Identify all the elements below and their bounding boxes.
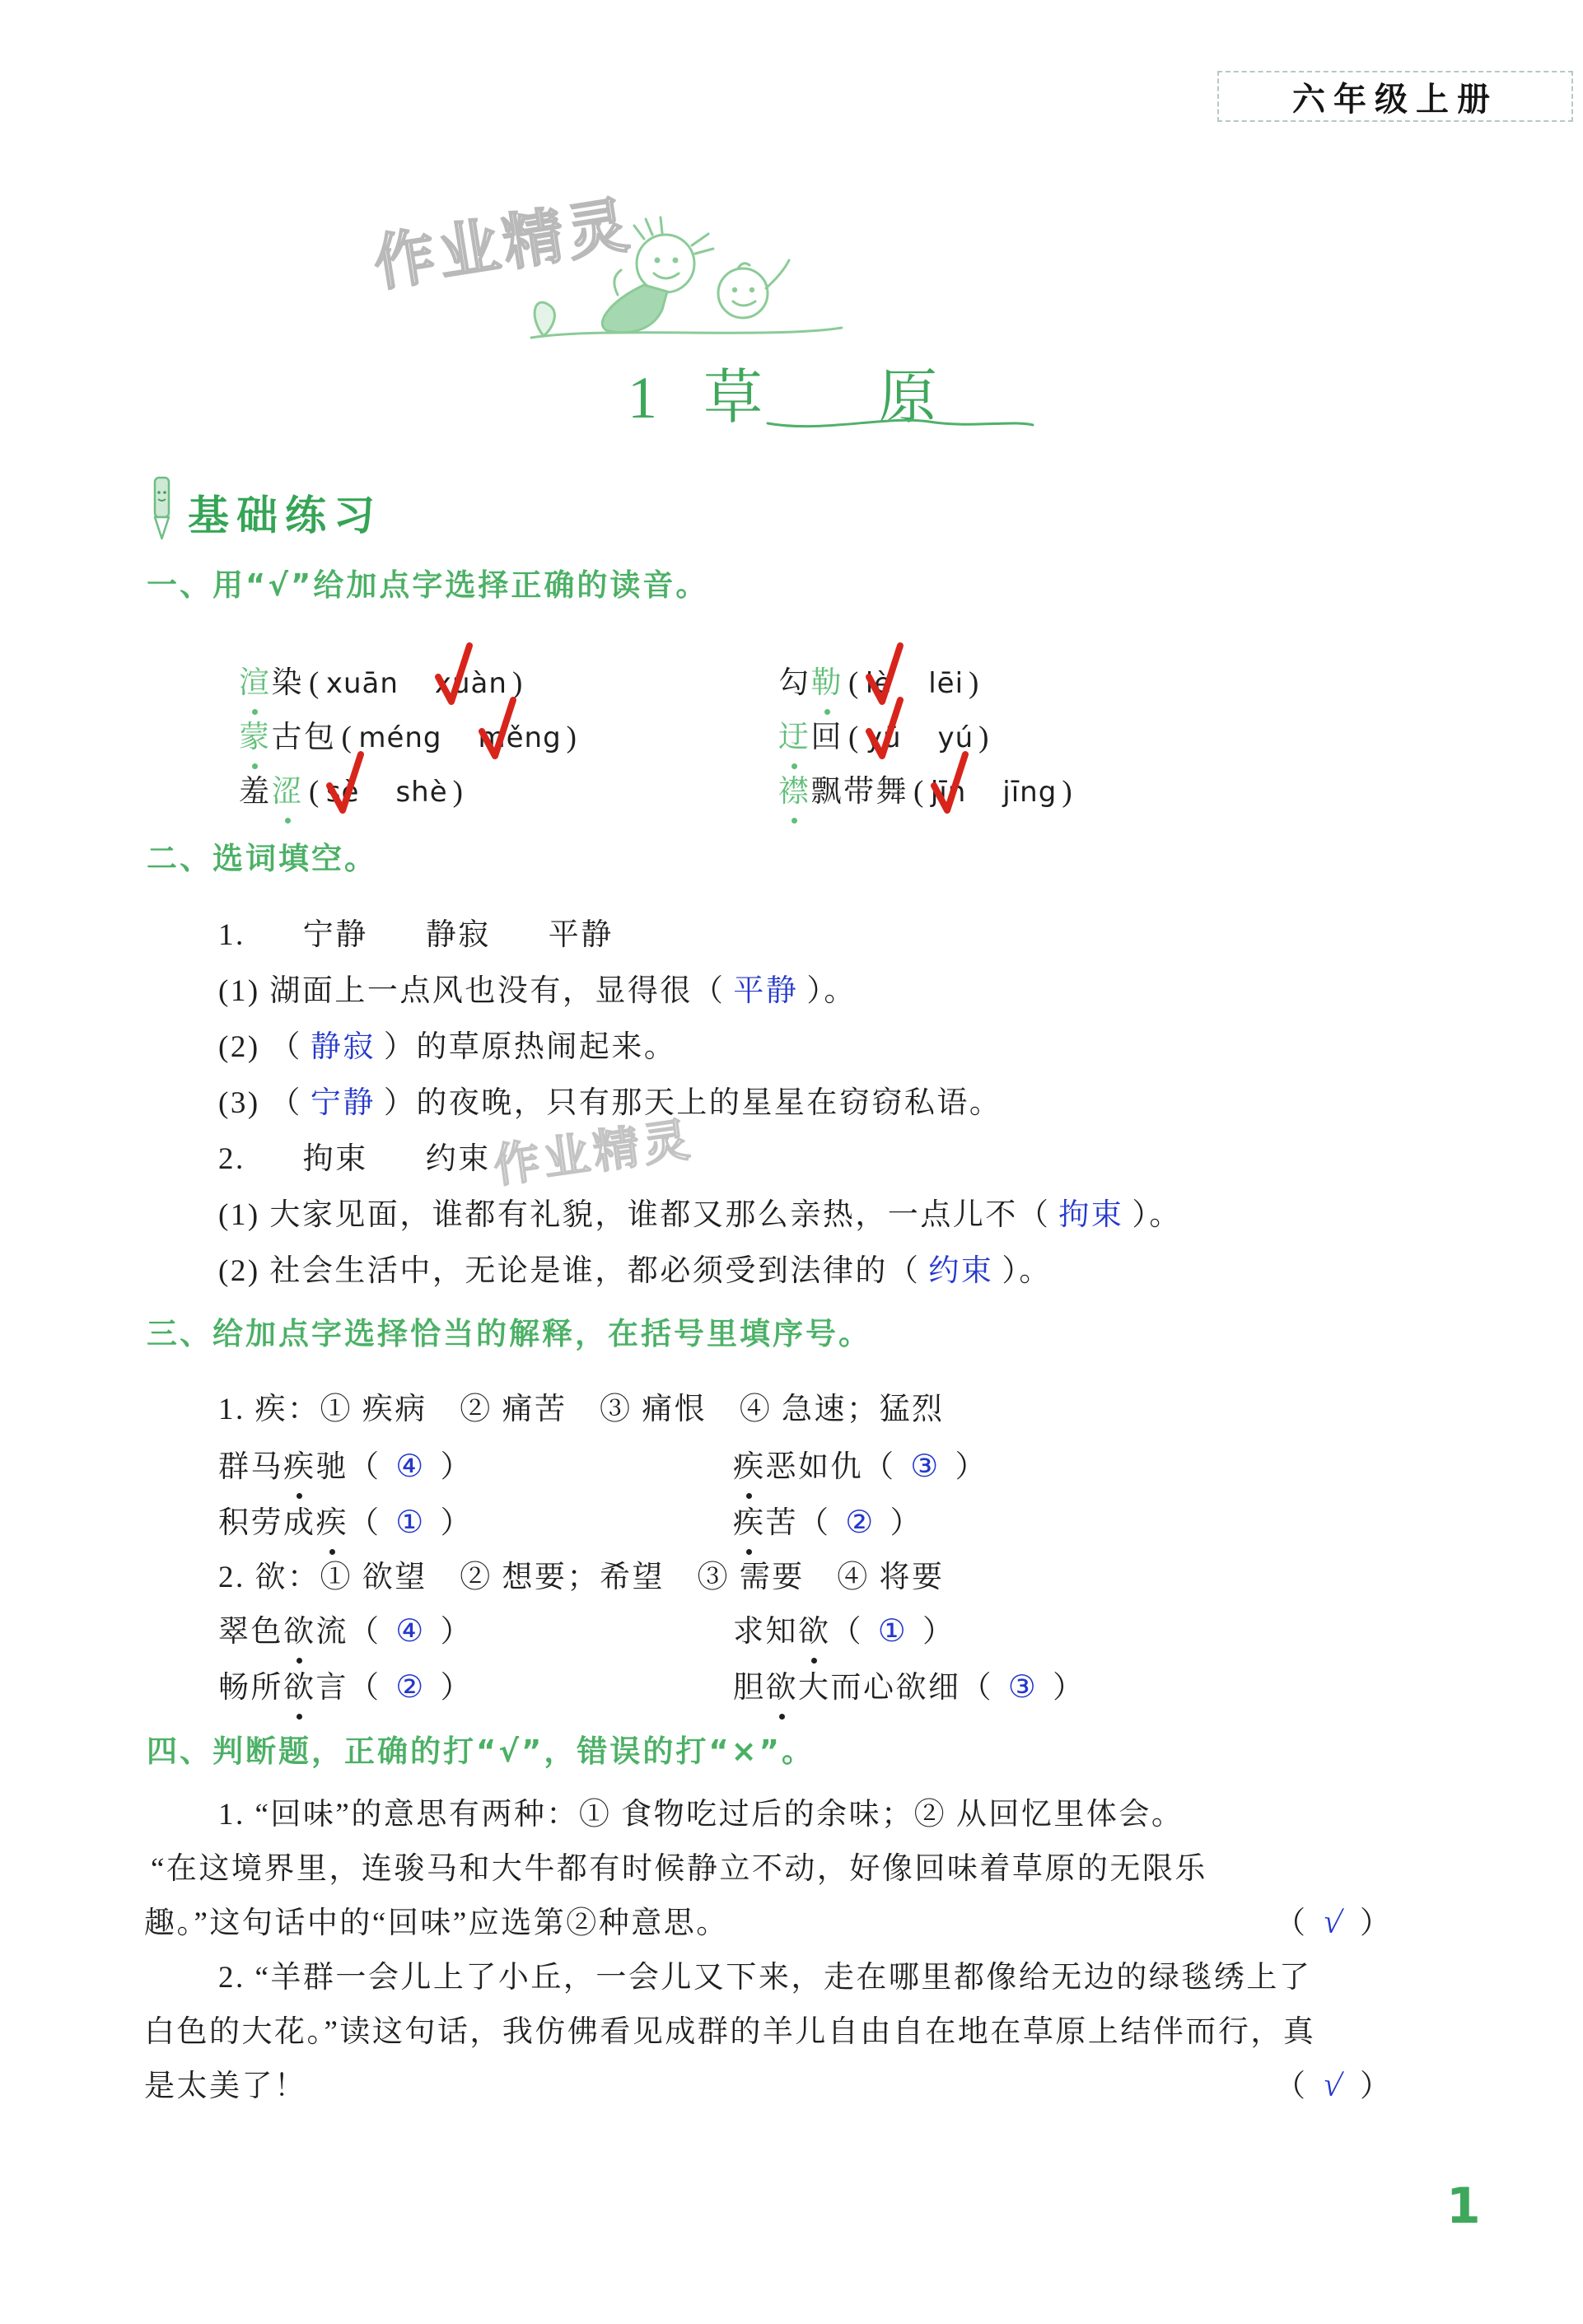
dotted-char: 疾 <box>283 1441 316 1486</box>
pinyin-option-1: méng <box>358 721 441 754</box>
dotted-char: 疾 <box>733 1497 766 1542</box>
grade-badge: 六年级上册 <box>1217 71 1573 122</box>
pinyin-option-1: xuān <box>326 667 399 700</box>
pinyin-option-2: xuàn <box>435 667 507 700</box>
word-pre: 羞 <box>239 775 272 809</box>
exercise1-heading: 一、用“√”给加点字选择正确的读音。 <box>147 560 708 604</box>
dotted-char: 勒 <box>811 657 844 702</box>
dotted-char: 涩 <box>272 766 305 810</box>
word-pre: 勾 <box>778 666 811 700</box>
dotted-char: 欲 <box>283 1606 316 1650</box>
dotted-char: 欲 <box>798 1606 831 1650</box>
exercise4-heading: 四、判断题，正确的打“√”，错误的打“×”。 <box>147 1726 815 1771</box>
dotted-char: 疾 <box>733 1441 766 1486</box>
fill-blank-item: (2) 社会生活中，无论是谁，都必须受到法律的（约束）。 <box>218 1245 1052 1290</box>
paren-close: ) <box>567 721 579 754</box>
fill-blank-item: (1) 湖面上一点风也没有，显得很（平静）。 <box>218 965 857 1010</box>
lesson-number: 1 <box>628 365 657 431</box>
phrase-item: 疾恶如仇（ ③ ） <box>733 1441 988 1486</box>
lesson-title-char1: 草 <box>703 365 763 431</box>
answer-number: ③ <box>1008 1668 1039 1705</box>
paren-open: ( <box>848 666 861 700</box>
workbook-page: 六年级上册 作业精灵 作业精灵 1草原 <box>0 0 1583 2324</box>
page-number: 1 <box>1446 2177 1481 2235</box>
word-post: 染 <box>272 666 305 700</box>
emphasis-dot <box>779 1714 785 1720</box>
paren-close: ) <box>1062 775 1074 809</box>
pencil-icon <box>148 473 175 542</box>
paren-close: ) <box>969 666 981 700</box>
pinyin-item-yuhui: 迂回(yūyú) <box>778 712 996 756</box>
pinyin-option-1: jīn <box>931 776 966 809</box>
section-title: 基础练习 <box>188 483 382 542</box>
pinyin-option-2: yú <box>938 721 974 754</box>
paren-open: ( <box>913 775 926 809</box>
pinyin-item-xuanran: 渲染(xuānxuàn) <box>239 657 530 702</box>
phrase-item: 求知欲（ ① ） <box>733 1606 955 1650</box>
phrase-item: 疾苦（ ② ） <box>733 1497 922 1542</box>
paren-open: ( <box>848 721 861 754</box>
fill-blank-item: (1) 大家见面，谁都有礼貌，谁都又那么亲热，一点儿不（拘束）。 <box>218 1189 1182 1234</box>
pinyin-option-2: měng <box>479 721 562 754</box>
judge-line: 白色的大花。”读这句话，我仿佛看见成群的羊儿自由自在地在草原上结伴而行，真 <box>144 2006 1315 2051</box>
paren-open: ( <box>309 666 321 700</box>
dotted-char: 欲 <box>283 1662 316 1706</box>
word-post: 古包 <box>272 721 337 754</box>
judge-answer-1: （√） <box>1275 1897 1392 1942</box>
dotted-char: 欲 <box>766 1662 799 1706</box>
word-post: 回 <box>811 721 844 754</box>
answer-text: 静寂 <box>311 1030 376 1064</box>
word-option: 平静 <box>549 918 614 952</box>
grade-label: 六年级上册 <box>1292 73 1498 120</box>
answer-number: ② <box>395 1668 426 1705</box>
pinyin-option-2: jīng <box>1002 776 1057 809</box>
paren-close: ） <box>1360 1906 1392 1940</box>
paren-open: ( <box>309 775 321 809</box>
answer-number: ③ <box>910 1448 941 1484</box>
tick-mark: √ <box>1320 1901 1347 1942</box>
pinyin-option-1: yū <box>866 721 902 754</box>
pinyin-option-1: sè <box>326 776 360 809</box>
paren-open: （ <box>1275 1906 1307 1940</box>
word-post: 飘带舞 <box>811 775 909 809</box>
group-label: 2. <box>218 1142 245 1176</box>
word-options-group2: 2.拘束约束 <box>218 1133 491 1178</box>
tick-mark: √ <box>1320 2064 1347 2105</box>
pinyin-option-2: lēi <box>928 667 964 700</box>
paren-close: ) <box>453 775 465 809</box>
answer-text: 约束 <box>928 1254 993 1288</box>
answer-text: 宁静 <box>311 1086 376 1120</box>
phrase-item: 翠色欲流（ ④ ） <box>218 1606 473 1650</box>
word-option: 宁静 <box>303 918 368 952</box>
phrase-item: 积劳成疾（ ① ） <box>218 1497 473 1542</box>
pinyin-option-1: lè <box>866 667 892 700</box>
phrase-item: 畅所欲言（ ② ） <box>218 1662 473 1706</box>
phrase-item: 群马疾驰（ ④ ） <box>218 1441 473 1486</box>
judge-line: 趣。”这句话中的“回味”应选第②种意思。 <box>144 1897 729 1942</box>
answer-number: ① <box>878 1612 908 1649</box>
kids-illustration <box>519 212 848 357</box>
dotted-char: 迂 <box>778 712 811 756</box>
word-option: 静寂 <box>426 918 491 952</box>
section-header: 基础练习 <box>148 473 382 542</box>
word-option: 拘束 <box>303 1142 368 1176</box>
pinyin-item-goule: 勾勒(lèlēi) <box>778 657 986 702</box>
dotted-char: 疾 <box>316 1497 349 1542</box>
pinyin-item-xiuse: 羞涩(sèshè) <box>239 766 469 810</box>
judge-line: 是太美了！ <box>144 2060 307 2105</box>
paren-close: ) <box>978 721 991 754</box>
answer-number: ② <box>845 1504 876 1540</box>
pinyin-option-2: shè <box>395 776 447 809</box>
paren-close: ) <box>512 666 525 700</box>
definition-line-yu: 2. 欲：① 欲望 ② 想要；希望 ③ 需要 ④ 将要 <box>218 1552 945 1596</box>
fill-blank-item: (2) （静寂）的草原热闹起来。 <box>218 1021 676 1066</box>
group-label: 1. <box>218 918 245 952</box>
exercise2-heading: 二、选词填空。 <box>147 833 377 878</box>
answer-text: 平静 <box>733 974 798 1008</box>
exercise3-heading: 三、给加点字选择恰当的解释，在括号里填序号。 <box>147 1309 871 1353</box>
emphasis-dot <box>297 1714 302 1720</box>
paren-close: ） <box>1360 2070 1392 2103</box>
paren-open: （ <box>1275 2070 1307 2103</box>
answer-text: 拘束 <box>1058 1198 1123 1232</box>
answer-number: ④ <box>395 1448 426 1484</box>
judge-answer-2: （√） <box>1275 2060 1392 2105</box>
dotted-char: 渲 <box>239 657 272 702</box>
judge-line: 1. “回味”的意思有两种：① 食物吃过后的余味；② 从回忆里体会。 <box>218 1789 1184 1833</box>
judge-line: “在这境界里，连骏马和大牛都有时候静立不动，好像回味着草原的无限乐 <box>151 1843 1207 1888</box>
judge-line: 2. “羊群一会儿上了小丘，一会儿又下来，走在哪里都像给无边的绿毯绣上了 <box>218 1952 1311 1996</box>
phrase-item: 胆欲大而心欲细（ ③ ） <box>733 1662 1086 1706</box>
dotted-char: 蒙 <box>239 712 272 756</box>
paren-open: ( <box>342 721 354 754</box>
emphasis-dot <box>285 818 291 824</box>
pinyin-item-menggubao: 蒙古包(méngměng) <box>239 712 584 756</box>
emphasis-dot <box>791 818 797 824</box>
answer-number: ① <box>395 1504 426 1540</box>
definition-line-ji: 1. 疾：① 疾病 ② 痛苦 ③ 痛恨 ④ 急速；猛烈 <box>218 1384 945 1428</box>
pinyin-item-jinpiaodaiwu: 襟飘带舞(jīnjīng) <box>778 766 1079 810</box>
word-option: 约束 <box>426 1142 491 1176</box>
title-underline <box>764 412 1036 435</box>
dotted-char: 襟 <box>778 766 811 810</box>
answer-number: ④ <box>395 1612 426 1649</box>
fill-blank-item: (3) （宁静）的夜晚，只有那天上的星星在窃窃私语。 <box>218 1077 1002 1122</box>
word-options-group1: 1.宁静静寂平静 <box>218 909 614 954</box>
